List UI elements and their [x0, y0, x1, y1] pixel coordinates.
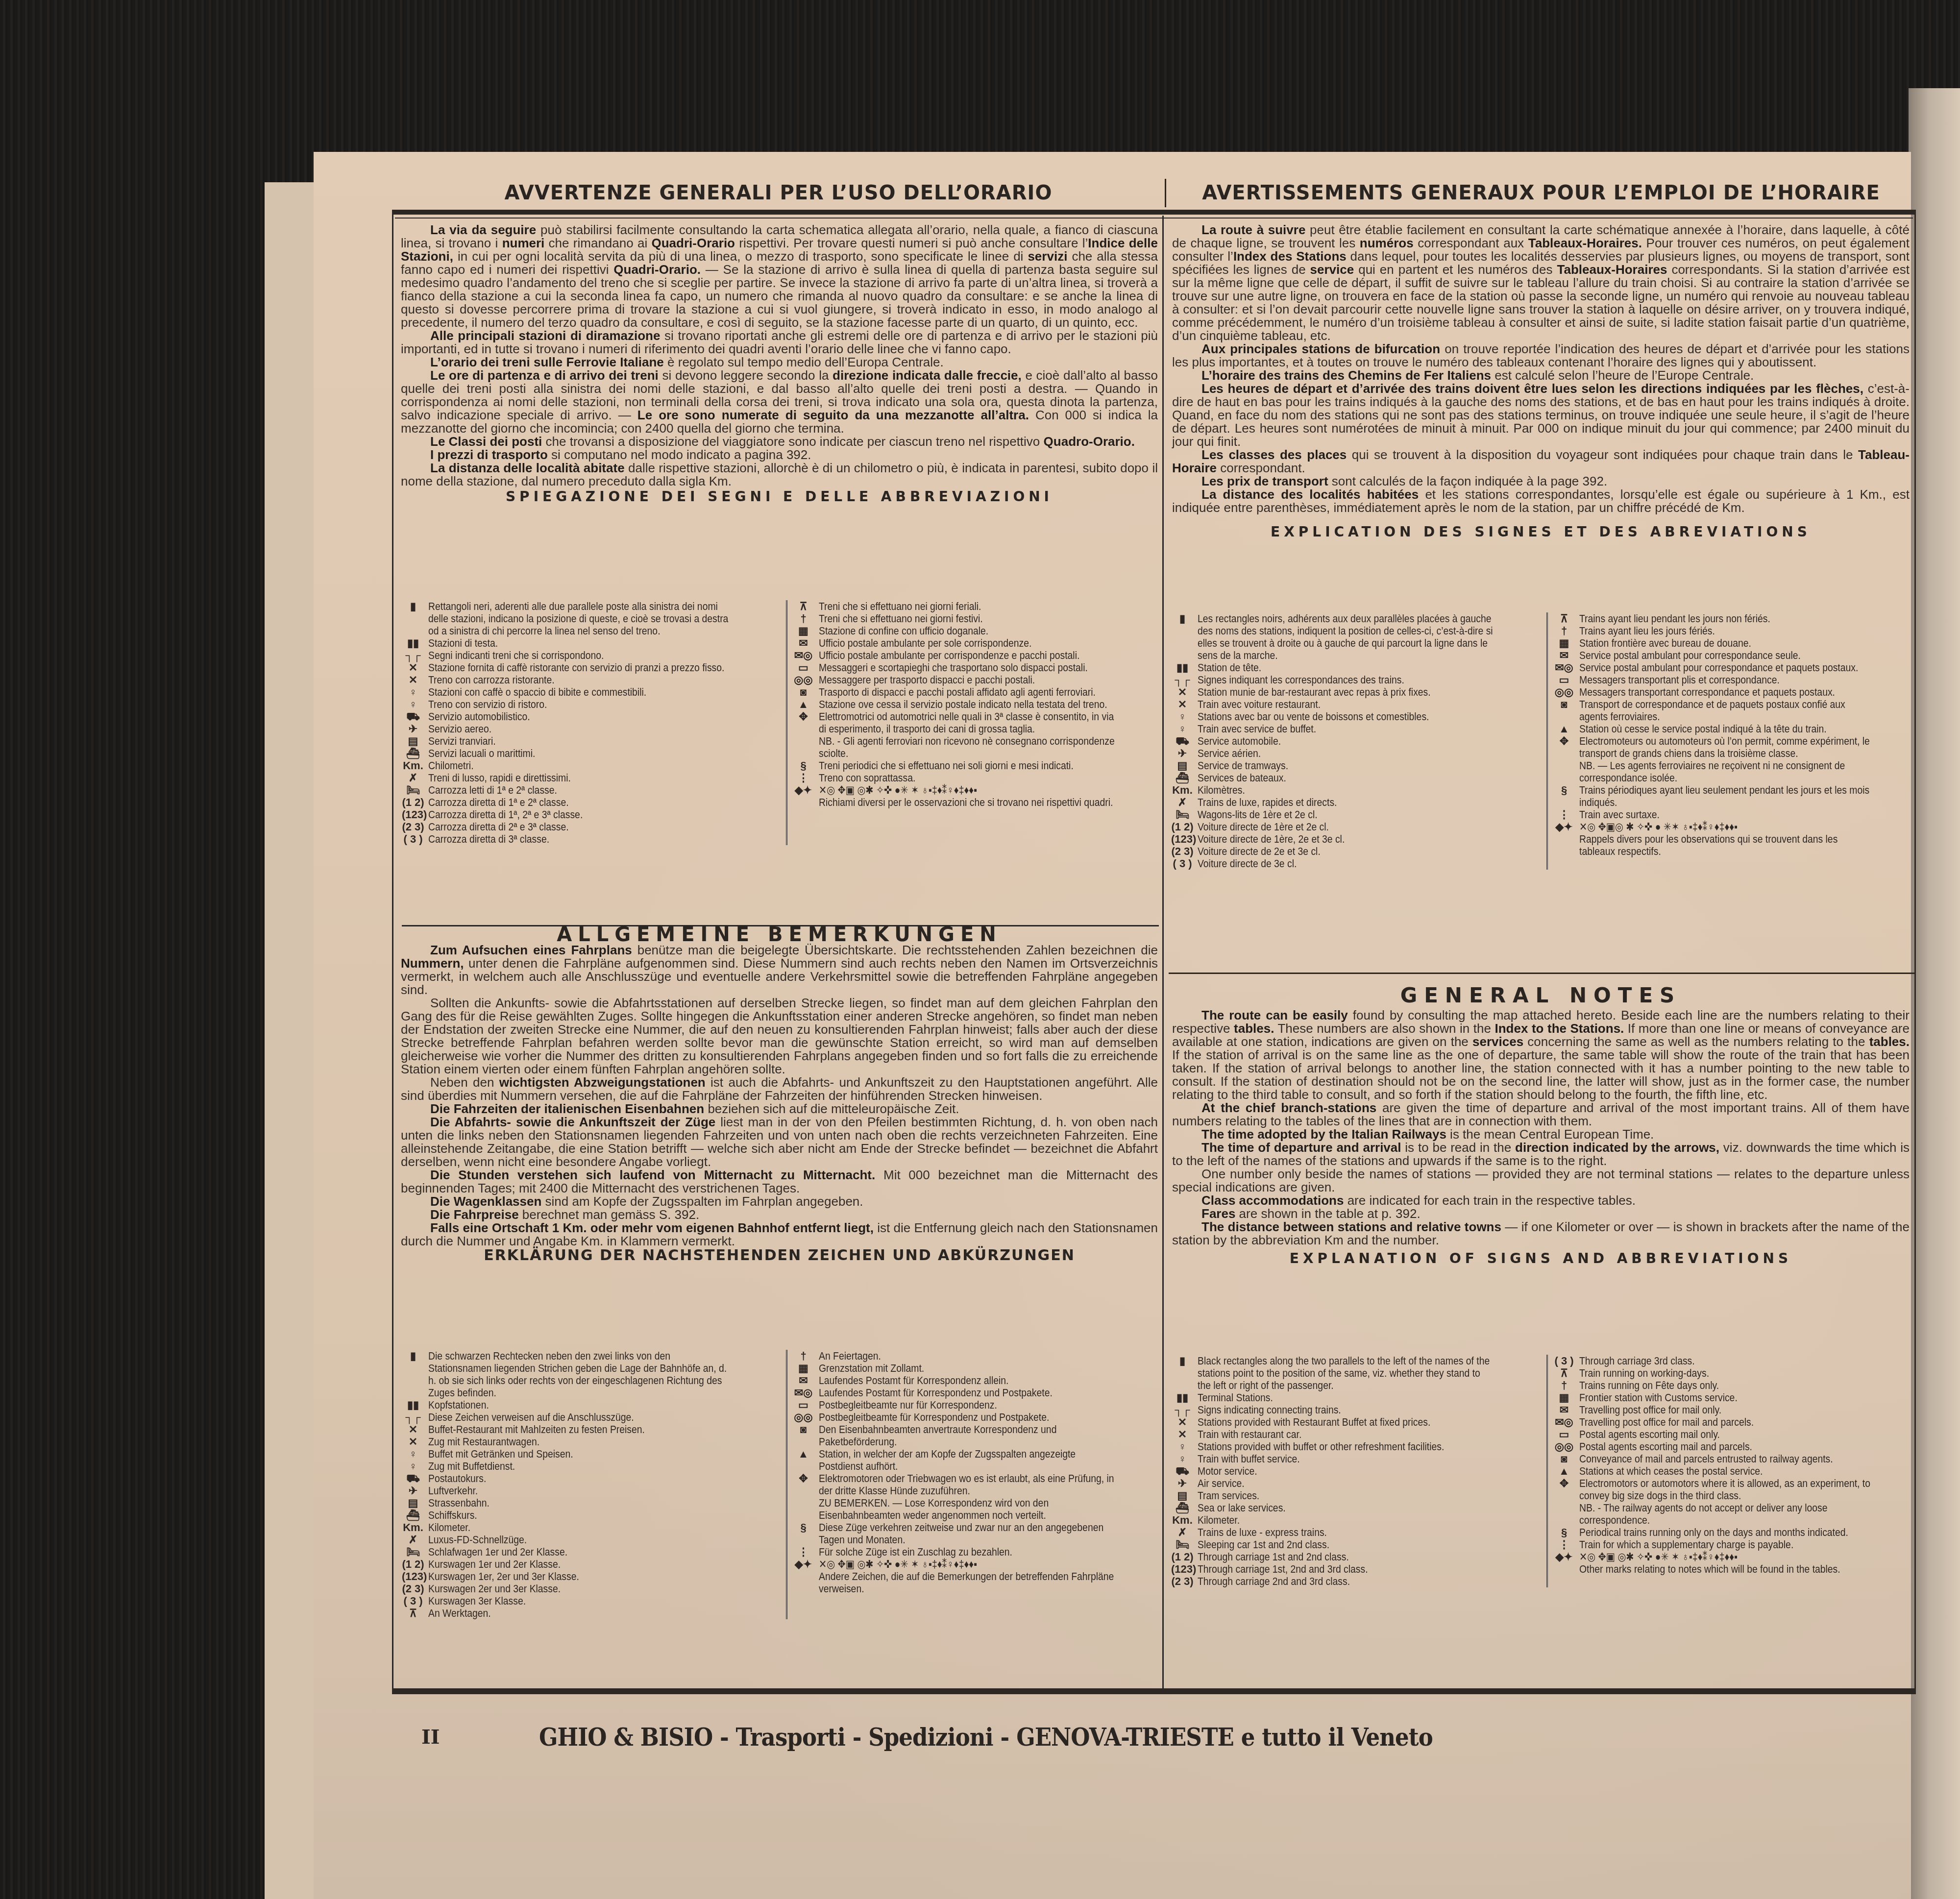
legend-item: (1 2)Kurswagen 1er und 2er Klasse.	[402, 1558, 775, 1570]
legend-symbol-icon: ▤	[1171, 759, 1194, 772]
legend-item: ◎◎Postal agents escorting mail and parce…	[1553, 1440, 1911, 1453]
legend-item: ✕Train with restaurant car.	[1171, 1428, 1536, 1440]
english-legend-right: ( 3 )Through carriage 3rd class.⊼Train r…	[1546, 1355, 1911, 1587]
legend-symbol-icon: ✥	[1553, 735, 1575, 747]
legend-item: ⊼Trains ayant lieu pendant les jours non…	[1553, 612, 1911, 625]
legend-symbol-icon: §	[792, 759, 815, 772]
legend-symbol-icon: ✕	[1171, 686, 1194, 698]
legend-symbol-icon: ✉◎	[1553, 1416, 1575, 1428]
legend-text: Voiture directe de 3e cl.	[1198, 857, 1495, 870]
legend-text: Train with restaurant car.	[1198, 1428, 1495, 1440]
paragraph: Les prix de transport sont calculés de l…	[1172, 475, 1910, 488]
legend-text: Electromotors or automotors where it is …	[1579, 1477, 1871, 1502]
legend-text: Voiture directe de 1ère et 2e cl.	[1198, 821, 1495, 833]
legend-text: Schiffskurs.	[428, 1509, 734, 1521]
legend-item: ⛴Servizi lacuali o marittimi.	[402, 747, 775, 759]
legend-symbol-icon: ▦	[1553, 637, 1575, 649]
legend-text: Messaggeri e scortapieghi che trasportan…	[819, 661, 1118, 674]
legend-item: Km.Chilometri.	[402, 759, 775, 772]
legend-text: Stations at which ceases the postal serv…	[1579, 1465, 1871, 1477]
legend-item: ▤Service de tramways.	[1171, 759, 1536, 772]
legend-item: ✥Elettromotrici od automotrici nelle qua…	[792, 710, 1159, 735]
italian-legend-title: SPIEGAZIONE DEI SEGNI E DELLE ABBREVIAZI…	[401, 490, 1158, 503]
legend-symbol-icon: ▭	[792, 661, 815, 674]
legend-text: Travelling post office for mail only.	[1579, 1404, 1871, 1416]
legend-text: Station où cesse le service postal indiq…	[1579, 723, 1871, 735]
legend-text: Station munie de bar-restaurant avec rep…	[1198, 686, 1495, 698]
legend-text: Through carriage 1st and 2nd class.	[1198, 1551, 1495, 1563]
legend-text: NB. - Gli agenti ferroviari non ricevono…	[819, 735, 1118, 759]
legend-item: ▭Messagers transportant plis et correspo…	[1553, 674, 1911, 686]
legend-text: Station de tête.	[1198, 661, 1495, 674]
legend-text: Train for which a supplementary charge i…	[1579, 1538, 1871, 1551]
legend-item: ✉◎Ufficio postale ambulante per corrispo…	[792, 649, 1159, 661]
paragraph: At the chief branch-stations are given t…	[1172, 1101, 1910, 1128]
legend-symbol-icon: ▤	[402, 735, 424, 747]
legend-text: Voiture directe de 1ère, 2e et 3e cl.	[1198, 833, 1495, 845]
legend-text: Travelling post office for mail and parc…	[1579, 1416, 1871, 1428]
legend-symbol-icon: ▭	[792, 1399, 815, 1411]
legend-text: Stazione fornita di caffè ristorante con…	[428, 661, 734, 674]
legend-symbol-icon: ▲	[1553, 1465, 1575, 1477]
legend-item: ( 3 )Through carriage 3rd class.	[1553, 1355, 1911, 1367]
legend-symbol-icon: ✕	[402, 1423, 424, 1436]
legend-text: Service automobile.	[1198, 735, 1495, 747]
legend-text: Ufficio postale ambulante per sole corri…	[819, 637, 1118, 649]
legend-symbol-icon: (1 2)	[1171, 1551, 1194, 1563]
legend-symbol-icon: ⛴	[1171, 772, 1194, 784]
legend-text: Stazioni di testa.	[428, 637, 734, 649]
legend-symbol-icon: ✈	[1171, 747, 1194, 759]
legend-symbol-icon: †	[792, 612, 815, 625]
legend-text: Black rectangles along the two parallels…	[1198, 1355, 1495, 1391]
legend-item: ✕Train avec voiture restaurant.	[1171, 698, 1536, 710]
section-rule	[1169, 973, 1916, 974]
legend-text: Kurswagen 2er und 3er Klasse.	[428, 1582, 734, 1595]
legend-text: Für solche Züge ist ein Zuschlag zu beza…	[819, 1546, 1118, 1558]
legend-text: Trains périodiques ayant lieu seulement …	[1579, 784, 1871, 808]
legend-text: NB. - The railway agents do not accept o…	[1579, 1502, 1871, 1526]
legend-symbol-icon: ▦	[1553, 1391, 1575, 1404]
legend-symbol-icon: ◆✦	[1553, 1551, 1575, 1563]
legend-text: Service postal ambulant pour corresponda…	[1579, 661, 1871, 674]
legend-symbol-icon: ✉	[1553, 649, 1575, 661]
legend-text: Diese Züge verkehren zeitweise und zwar …	[819, 1521, 1118, 1546]
legend-symbol-icon: ✗	[402, 1534, 424, 1546]
legend-item: ✉◎Laufendes Postamt für Korrespondenz un…	[792, 1387, 1159, 1399]
legend-text: Station frontière avec bureau de douane.	[1579, 637, 1871, 649]
legend-symbol-icon: (2 3)	[1171, 845, 1194, 857]
legend-text: Motor service.	[1198, 1465, 1495, 1477]
legend-symbol-icon: ⛟	[1171, 735, 1194, 747]
legend-item: ▮Les rectangles noirs, adhérents aux deu…	[1171, 612, 1536, 661]
legend-text: Service aérien.	[1198, 747, 1495, 759]
legend-text: Segni indicanti treni che si corrispondo…	[428, 649, 734, 661]
legend-text: Servizi lacuali o marittimi.	[428, 747, 734, 759]
legend-item: ⛴Services de bateaux.	[1171, 772, 1536, 784]
legend-item: (2 3)Carrozza diretta di 2ª e 3ª classe.	[402, 821, 775, 833]
german-legend-title: ERKLÄRUNG DER NACHSTEHENDEN ZEICHEN UND …	[401, 1249, 1158, 1262]
legend-symbol-icon: 🛏	[1171, 808, 1194, 821]
italian-legend-right: ⊼Treni che si effettuano nei giorni feri…	[786, 600, 1159, 845]
legend-text: Strassenbahn.	[428, 1497, 734, 1509]
legend-symbol-icon: ┐┌	[402, 1411, 424, 1423]
legend-item: ⊼Treni che si effettuano nei giorni feri…	[792, 600, 1159, 612]
german-paragraphs: Zum Aufsuchen eines Fahrplans benütze ma…	[401, 944, 1158, 1248]
legend-symbol-icon: ♀	[402, 1448, 424, 1460]
legend-text: Trains running on Fête days only.	[1579, 1379, 1871, 1391]
legend-symbol-icon: ◙	[792, 686, 815, 698]
legend-text: Treno con carrozza ristorante.	[428, 674, 734, 686]
legend-text: Kurswagen 1er, 2er und 3er Klasse.	[428, 1570, 734, 1582]
legend-text: Transport de correspondance et de paquet…	[1579, 698, 1871, 723]
legend-symbol-icon: ⊼	[402, 1607, 424, 1619]
legend-symbol-icon: ✈	[402, 1485, 424, 1497]
paragraph: Falls eine Ortschaft 1 Km. oder mehr vom…	[401, 1221, 1158, 1248]
legend-text: Other marks relating to notes which will…	[1579, 1563, 1871, 1575]
legend-item: ⋮Treno con soprattassa.	[792, 772, 1159, 784]
legend-text: Diese Zeichen verweisen auf die Anschlus…	[428, 1411, 734, 1423]
legend-text: Conveyance of mail and parcels entrusted…	[1579, 1453, 1871, 1465]
legend-text: Trains de luxe, rapides et directs.	[1198, 796, 1495, 808]
legend-symbol-icon: ⋮	[1553, 808, 1575, 821]
legend-item: (123)Through carriage 1st, 2nd and 3rd c…	[1171, 1563, 1536, 1575]
legend-text: Postal agents escorting mail only.	[1579, 1428, 1871, 1440]
legend-text: An Feiertagen.	[819, 1350, 1118, 1362]
legend-item: Km.Kilometer.	[402, 1521, 775, 1534]
legend-item: ✉◎Service postal ambulant pour correspon…	[1553, 661, 1911, 674]
legend-text: Kilometer.	[1198, 1514, 1495, 1526]
english-paragraphs: The route can be easily found by consult…	[1172, 1009, 1910, 1247]
legend-symbol-icon: 🛏	[1171, 1538, 1194, 1551]
legend-symbol-icon: ✗	[402, 772, 424, 784]
legend-item: ⊼Train running on working-days.	[1553, 1367, 1911, 1379]
legend-text: Sea or lake services.	[1198, 1502, 1495, 1514]
legend-item: ▮▮Stazioni di testa.	[402, 637, 775, 649]
legend-text: Periodical trains running only on the da…	[1579, 1526, 1871, 1538]
legend-item: NB. — Les agents ferroviaires ne reçoive…	[1553, 759, 1911, 784]
legend-text: Signs indicating connecting trains.	[1198, 1404, 1495, 1416]
legend-symbol-icon: Km.	[402, 759, 424, 772]
legend-symbol-icon: ✕	[1171, 1416, 1194, 1428]
legend-item: ▲Station, in welcher der am Kopfe der Zu…	[792, 1448, 1159, 1472]
legend-item: ⛟Postautokurs.	[402, 1472, 775, 1485]
legend-text: Trains ayant lieu les jours fériés.	[1579, 625, 1871, 637]
legend-text: Trasporto di dispacci e pacchi postali a…	[819, 686, 1118, 698]
legend-item: ✈Service aérien.	[1171, 747, 1536, 759]
legend-text: Stazione ove cessa il servizio postale i…	[819, 698, 1118, 710]
legend-symbol-icon: ▮▮	[1171, 1391, 1194, 1404]
paragraph: Die Stunden verstehen sich laufend von M…	[401, 1169, 1158, 1195]
legend-text: Carrozza diretta di 1ª e 2ª classe.	[428, 796, 734, 808]
paragraph: Le ore di partenza e di arrivo dei treni…	[401, 369, 1158, 435]
legend-item: ◆✦✕◎ ✥▣ ◎✱ ✧✜ ●✳ ✶ ♁▪‡♦⁑♀♦‡♦♦▪	[792, 1558, 1159, 1570]
legend-symbol-icon: (123)	[1171, 1563, 1194, 1575]
legend-item: ▲Station où cesse le service postal indi…	[1553, 723, 1911, 735]
legend-item: ┐┌Signs indicating connecting trains.	[1171, 1404, 1536, 1416]
advertisement-banner: GHIO & BISIO - Trasporti - Spedizioni - …	[539, 1723, 1433, 1752]
legend-item: ZU BEMERKEN. — Lose Korrespondenz wird v…	[792, 1497, 1159, 1521]
legend-symbol-icon: ♀	[402, 686, 424, 698]
page-footer: II GHIO & BISIO - Trasporti - Spedizioni…	[392, 1717, 1921, 1756]
legend-symbol-icon: ◎◎	[1553, 1440, 1575, 1453]
legend-symbol-icon: †	[1553, 625, 1575, 637]
legend-symbol-icon: ⊼	[1553, 1367, 1575, 1379]
legend-symbol-icon: ✉◎	[1553, 661, 1575, 674]
legend-symbol-icon: Km.	[1171, 1514, 1194, 1526]
legend-item: †An Feiertagen.	[792, 1350, 1159, 1362]
legend-text: Treni che si effettuano nei giorni feria…	[819, 600, 1118, 612]
legend-item: ▮▮Terminal Stations.	[1171, 1391, 1536, 1404]
legend-symbol-icon: ⛴	[402, 747, 424, 759]
legend-item: ⋮Train avec surtaxe.	[1553, 808, 1911, 821]
legend-item: ♀Train avec service de buffet.	[1171, 723, 1536, 735]
legend-item: ▮Black rectangles along the two parallel…	[1171, 1355, 1536, 1391]
paragraph: Die Fahrzeiten der italienischen Eisenba…	[401, 1102, 1158, 1116]
legend-symbol-icon: ✕	[1171, 1428, 1194, 1440]
legend-symbol-icon: (123)	[402, 808, 424, 821]
legend-symbol-icon: ◎◎	[792, 674, 815, 686]
legend-symbol-icon: ⋮	[1553, 1538, 1575, 1551]
legend-symbol-icon: ◆✦	[1553, 821, 1575, 833]
legend-text: Messagers transportant correspondance et…	[1579, 686, 1871, 698]
legend-text: Den Eisenbahnbeamten anvertraute Korresp…	[819, 1423, 1118, 1448]
legend-text: Grenzstation mit Zollamt.	[819, 1362, 1118, 1374]
legend-item: ▦Grenzstation mit Zollamt.	[792, 1362, 1159, 1374]
legend-item: †Trains ayant lieu les jours fériés.	[1553, 625, 1911, 637]
paragraph: The route can be easily found by consult…	[1172, 1009, 1910, 1101]
legend-symbol-icon: ▮	[402, 600, 424, 612]
legend-text: Sleeping car 1st and 2nd class.	[1198, 1538, 1495, 1551]
paragraph: Alle principali stazioni di diramazione …	[401, 329, 1158, 356]
legend-symbol-icon: ⊼	[792, 600, 815, 612]
legend-text: Kurswagen 1er und 2er Klasse.	[428, 1558, 734, 1570]
legend-symbol-icon: Km.	[1171, 784, 1194, 796]
legend-symbol-icon: †	[1553, 1379, 1575, 1391]
legend-text: Carrozza diretta di 3ª classe.	[428, 833, 734, 845]
legend-item: (2 3)Through carriage 2nd and 3rd class.	[1171, 1575, 1536, 1587]
legend-symbol-icon: ♀	[1171, 1440, 1194, 1453]
legend-symbol-icon: ▲	[1553, 723, 1575, 735]
legend-item: ✕Zug mit Restaurantwagen.	[402, 1436, 775, 1448]
legend-symbol-icon: ✕	[402, 674, 424, 686]
legend-item: ◙Den Eisenbahnbeamten anvertraute Korres…	[792, 1423, 1159, 1448]
legend-symbol-icon: ▮▮	[402, 637, 424, 649]
legend-text: Train avec voiture restaurant.	[1198, 698, 1495, 710]
legend-symbol-icon: (123)	[1171, 833, 1194, 845]
legend-item: ◎◎Messagers transportant correspondance …	[1553, 686, 1911, 698]
legend-item: ♀Buffet mit Getränken und Speisen.	[402, 1448, 775, 1460]
legend-symbol-icon: §	[1553, 1526, 1575, 1538]
legend-symbol-icon: ♀	[402, 1460, 424, 1472]
legend-item: (2 3)Voiture directe de 2e et 3e cl.	[1171, 845, 1536, 857]
legend-item: ▮Rettangoli neri, aderenti alle due para…	[402, 600, 775, 637]
legend-item: 🛏Wagons-lits de 1ère et 2e cl.	[1171, 808, 1536, 821]
legend-item: (1 2)Through carriage 1st and 2nd class.	[1171, 1551, 1536, 1563]
legend-symbol-icon: ✉	[792, 1374, 815, 1387]
legend-text: Andere Zeichen, die auf die Bemerkungen …	[819, 1570, 1118, 1595]
paragraph: I prezzi di trasporto si computano nel m…	[401, 448, 1158, 462]
legend-text: Buffet mit Getränken und Speisen.	[428, 1448, 734, 1460]
legend-item: ▭Postbegleitbeamte nur für Korrespondenz…	[792, 1399, 1159, 1411]
legend-symbol-icon: ▮▮	[402, 1399, 424, 1411]
legend-item: §Periodical trains running only on the d…	[1553, 1526, 1911, 1538]
english-section: GENERAL NOTES The route can be easily fo…	[1172, 985, 1910, 1265]
legend-text: Wagons-lits de 1ère et 2e cl.	[1198, 808, 1495, 821]
legend-text: Train avec surtaxe.	[1579, 808, 1871, 821]
legend-text: Trains ayant lieu pendant les jours non …	[1579, 612, 1871, 625]
legend-symbol-icon: ◙	[1553, 698, 1575, 710]
paragraph: Les heures de départ et d’arrivée des tr…	[1172, 382, 1910, 448]
legend-item: NB. - Gli agenti ferroviari non ricevono…	[792, 735, 1159, 759]
legend-text: Train with buffet service.	[1198, 1453, 1495, 1465]
legend-symbol-icon: (123)	[402, 1570, 424, 1582]
legend-text: Ufficio postale ambulante per corrispond…	[819, 649, 1118, 661]
legend-text: Buffet-Restaurant mit Mahlzeiten zu fest…	[428, 1423, 734, 1436]
paragraph: Aux principales stations de bifurcation …	[1172, 342, 1910, 369]
legend-symbol-icon: ✈	[402, 723, 424, 735]
legend-item: ♀Stations provided with buffet or other …	[1171, 1440, 1536, 1453]
legend-item: ✗Luxus-FD-Schnellzüge.	[402, 1534, 775, 1546]
legend-text: ✕◎ ✥▣ ◎✱ ✧✜ ●✳ ✶ ♁▪‡♦⁑♀♦‡♦♦▪	[1579, 1551, 1871, 1563]
legend-text: ✕◎ ✥▣◎ ✱ ✧✜ ● ✳✶ ♁▪‡♦⁑♀♦‡♦♦▪	[1579, 821, 1871, 833]
legend-item: 🛏Carrozza letti di 1ª e 2ª classe.	[402, 784, 775, 796]
legend-symbol-icon: ┐┌	[1171, 674, 1194, 686]
paragraph: Die Abfahrts- sowie die Ankunftszeit der…	[401, 1116, 1158, 1169]
french-legend-right: ⊼Trains ayant lieu pendant les jours non…	[1546, 612, 1911, 870]
paper-left-flap	[265, 182, 318, 1899]
legend-item: ▮▮Station de tête.	[1171, 661, 1536, 674]
legend-item: ( 3 )Voiture directe de 3e cl.	[1171, 857, 1536, 870]
legend-text: Stazione di confine con ufficio doganale…	[819, 625, 1118, 637]
legend-symbol-icon: (2 3)	[1171, 1575, 1194, 1587]
legend-item: ✈Luftverkehr.	[402, 1485, 775, 1497]
legend-text: Les rectangles noirs, adhérents aux deux…	[1198, 612, 1495, 661]
legend-item: (123)Kurswagen 1er, 2er und 3er Klasse.	[402, 1570, 775, 1582]
legend-item: (123)Carrozza diretta di 1ª, 2ª e 3ª cla…	[402, 808, 775, 821]
legend-item: ♀Stazioni con caffè o spaccio di bibite …	[402, 686, 775, 698]
legend-item: ◆✦✕◎ ✥▣ ◎✱ ✧✜ ●✳ ✶ ♁▪‡♦⁑♀♦‡♦♦▪	[1553, 1551, 1911, 1563]
italian-paragraphs: La via da seguire può stabilirsi facilme…	[401, 223, 1158, 488]
paragraph: La distanza delle località abitate dalle…	[401, 462, 1158, 488]
legend-symbol-icon: ✈	[1171, 1477, 1194, 1489]
legend-text: Luxus-FD-Schnellzüge.	[428, 1534, 734, 1546]
legend-item: Andere Zeichen, die auf die Bemerkungen …	[792, 1570, 1159, 1595]
legend-text: Treni periodici che si effettuano nei so…	[819, 759, 1118, 772]
legend-text: Servizio automobilistico.	[428, 710, 734, 723]
legend-text: Frontier station with Customs service.	[1579, 1391, 1871, 1404]
legend-item: ▤Servizi tranviari.	[402, 735, 775, 747]
legend-symbol-icon: (2 3)	[402, 1582, 424, 1595]
legend-symbol-icon: ⋮	[792, 1546, 815, 1558]
legend-text: ✕◎ ✥▣ ◎✱ ✧✜ ●✳ ✶ ♁▪‡♦⁑♀♦‡♦♦▪	[819, 784, 1118, 796]
legend-item: ✕Buffet-Restaurant mit Mahlzeiten zu fes…	[402, 1423, 775, 1436]
legend-symbol-icon: ▮	[1171, 1355, 1194, 1367]
legend-text: Train avec service de buffet.	[1198, 723, 1495, 735]
french-title: AVERTISSEMENTS GENERAUX POUR L’EMPLOI DE…	[1166, 179, 1916, 207]
legend-item: ▮Die schwarzen Rechtecken neben den zwei…	[402, 1350, 775, 1399]
next-page-edge	[1909, 88, 1960, 1899]
legend-symbol-icon: †	[792, 1350, 815, 1362]
legend-item: ♀Train with buffet service.	[1171, 1453, 1536, 1465]
legend-text: Voiture directe de 2e et 3e cl.	[1198, 845, 1495, 857]
legend-item: ✗Trains de luxe - express trains.	[1171, 1526, 1536, 1538]
legend-text: Service postal ambulant pour corresponda…	[1579, 649, 1871, 661]
paragraph: L’horaire des trains des Chemins de Fer …	[1172, 369, 1910, 382]
paragraph: La via da seguire può stabilirsi facilme…	[401, 223, 1158, 329]
legend-symbol-icon: 🛏	[402, 1546, 424, 1558]
legend-item: ▦Station frontière avec bureau de douane…	[1553, 637, 1911, 649]
legend-symbol-icon: ▮▮	[1171, 661, 1194, 674]
legend-text: Laufendes Postamt für Korrespondenz alle…	[819, 1374, 1118, 1387]
legend-text: Tram services.	[1198, 1489, 1495, 1502]
legend-item: ✕Stazione fornita di caffè ristorante co…	[402, 661, 775, 674]
legend-item: ✉Ufficio postale ambulante per sole corr…	[792, 637, 1159, 649]
legend-symbol-icon: ✥	[1553, 1477, 1575, 1489]
french-legend: ▮Les rectangles noirs, adhérents aux deu…	[1171, 612, 1911, 870]
paragraph: One number only beside the names of stat…	[1172, 1168, 1910, 1194]
legend-text: Rettangoli neri, aderenti alle due paral…	[428, 600, 734, 637]
legend-symbol-icon: ⛴	[1171, 1502, 1194, 1514]
legend-item: †Treni che si effettuano nei giorni fest…	[792, 612, 1159, 625]
legend-symbol-icon: ▭	[1553, 674, 1575, 686]
legend-text: Stations avec bar ou vente de boissons e…	[1198, 710, 1495, 723]
legend-item: ⛴Sea or lake services.	[1171, 1502, 1536, 1514]
paragraph: The time adopted by the Italian Railways…	[1172, 1128, 1910, 1141]
legend-text: Station, in welcher der am Kopfe der Zug…	[819, 1448, 1118, 1472]
english-title: GENERAL NOTES	[1172, 989, 1910, 1002]
legend-item: (2 3)Kurswagen 2er und 3er Klasse.	[402, 1582, 775, 1595]
legend-item: ♀Zug mit Buffetdienst.	[402, 1460, 775, 1472]
legend-text: Postbegleitbeamte nur für Korrespondenz.	[819, 1399, 1118, 1411]
legend-item: Km.Kilometer.	[1171, 1514, 1536, 1526]
legend-symbol-icon: §	[1553, 784, 1575, 796]
legend-item: ✉Travelling post office for mail only.	[1553, 1404, 1911, 1416]
legend-text: Treno con soprattassa.	[819, 772, 1118, 784]
legend-text: Services de bateaux.	[1198, 772, 1495, 784]
legend-text: An Werktagen.	[428, 1607, 734, 1619]
german-legend: ▮Die schwarzen Rechtecken neben den zwei…	[402, 1350, 1159, 1619]
legend-item: ▤Tram services.	[1171, 1489, 1536, 1502]
legend-symbol-icon: ◆✦	[792, 1558, 815, 1570]
legend-text: Chilometri.	[428, 759, 734, 772]
legend-text: Service de tramways.	[1198, 759, 1495, 772]
legend-text: Postal agents escorting mail and parcels…	[1579, 1440, 1871, 1453]
legend-text: Air service.	[1198, 1477, 1495, 1489]
legend-text: ZU BEMERKEN. — Lose Korrespondenz wird v…	[819, 1497, 1118, 1521]
paragraph: The time of departure and arrival is to …	[1172, 1141, 1910, 1168]
legend-symbol-icon: ✗	[1171, 1526, 1194, 1538]
legend-item: ◆✦✕◎ ✥▣ ◎✱ ✧✜ ●✳ ✶ ♁▪‡♦⁑♀♦‡♦♦▪	[792, 784, 1159, 796]
legend-text: Treni che si effettuano nei giorni festi…	[819, 612, 1118, 625]
paragraph: La route à suivre peut être établie faci…	[1172, 223, 1910, 342]
legend-symbol-icon: §	[792, 1521, 815, 1534]
legend-text: Stazioni con caffè o spaccio di bibite e…	[428, 686, 734, 698]
legend-symbol-icon: ✥	[792, 1472, 815, 1485]
legend-symbol-icon: ┐┌	[402, 649, 424, 661]
legend-text: Through carriage 3rd class.	[1579, 1355, 1871, 1367]
legend-item: ◎◎Messaggere per trasporto dispacci e pa…	[792, 674, 1159, 686]
legend-symbol-icon: ♀	[1171, 1453, 1194, 1465]
legend-symbol-icon: ✕	[402, 661, 424, 674]
legend-item: ⋮Train for which a supplementary charge …	[1553, 1538, 1911, 1551]
legend-item: ⊼An Werktagen.	[402, 1607, 775, 1619]
legend-item: (123)Voiture directe de 1ère, 2e et 3e c…	[1171, 833, 1536, 845]
legend-text: Messaggere per trasporto dispacci e pacc…	[819, 674, 1118, 686]
legend-item: ⛟Servizio automobilistico.	[402, 710, 775, 723]
legend-symbol-icon: ◙	[1553, 1453, 1575, 1465]
legend-text: Stations provided with buffet or other r…	[1198, 1440, 1495, 1453]
